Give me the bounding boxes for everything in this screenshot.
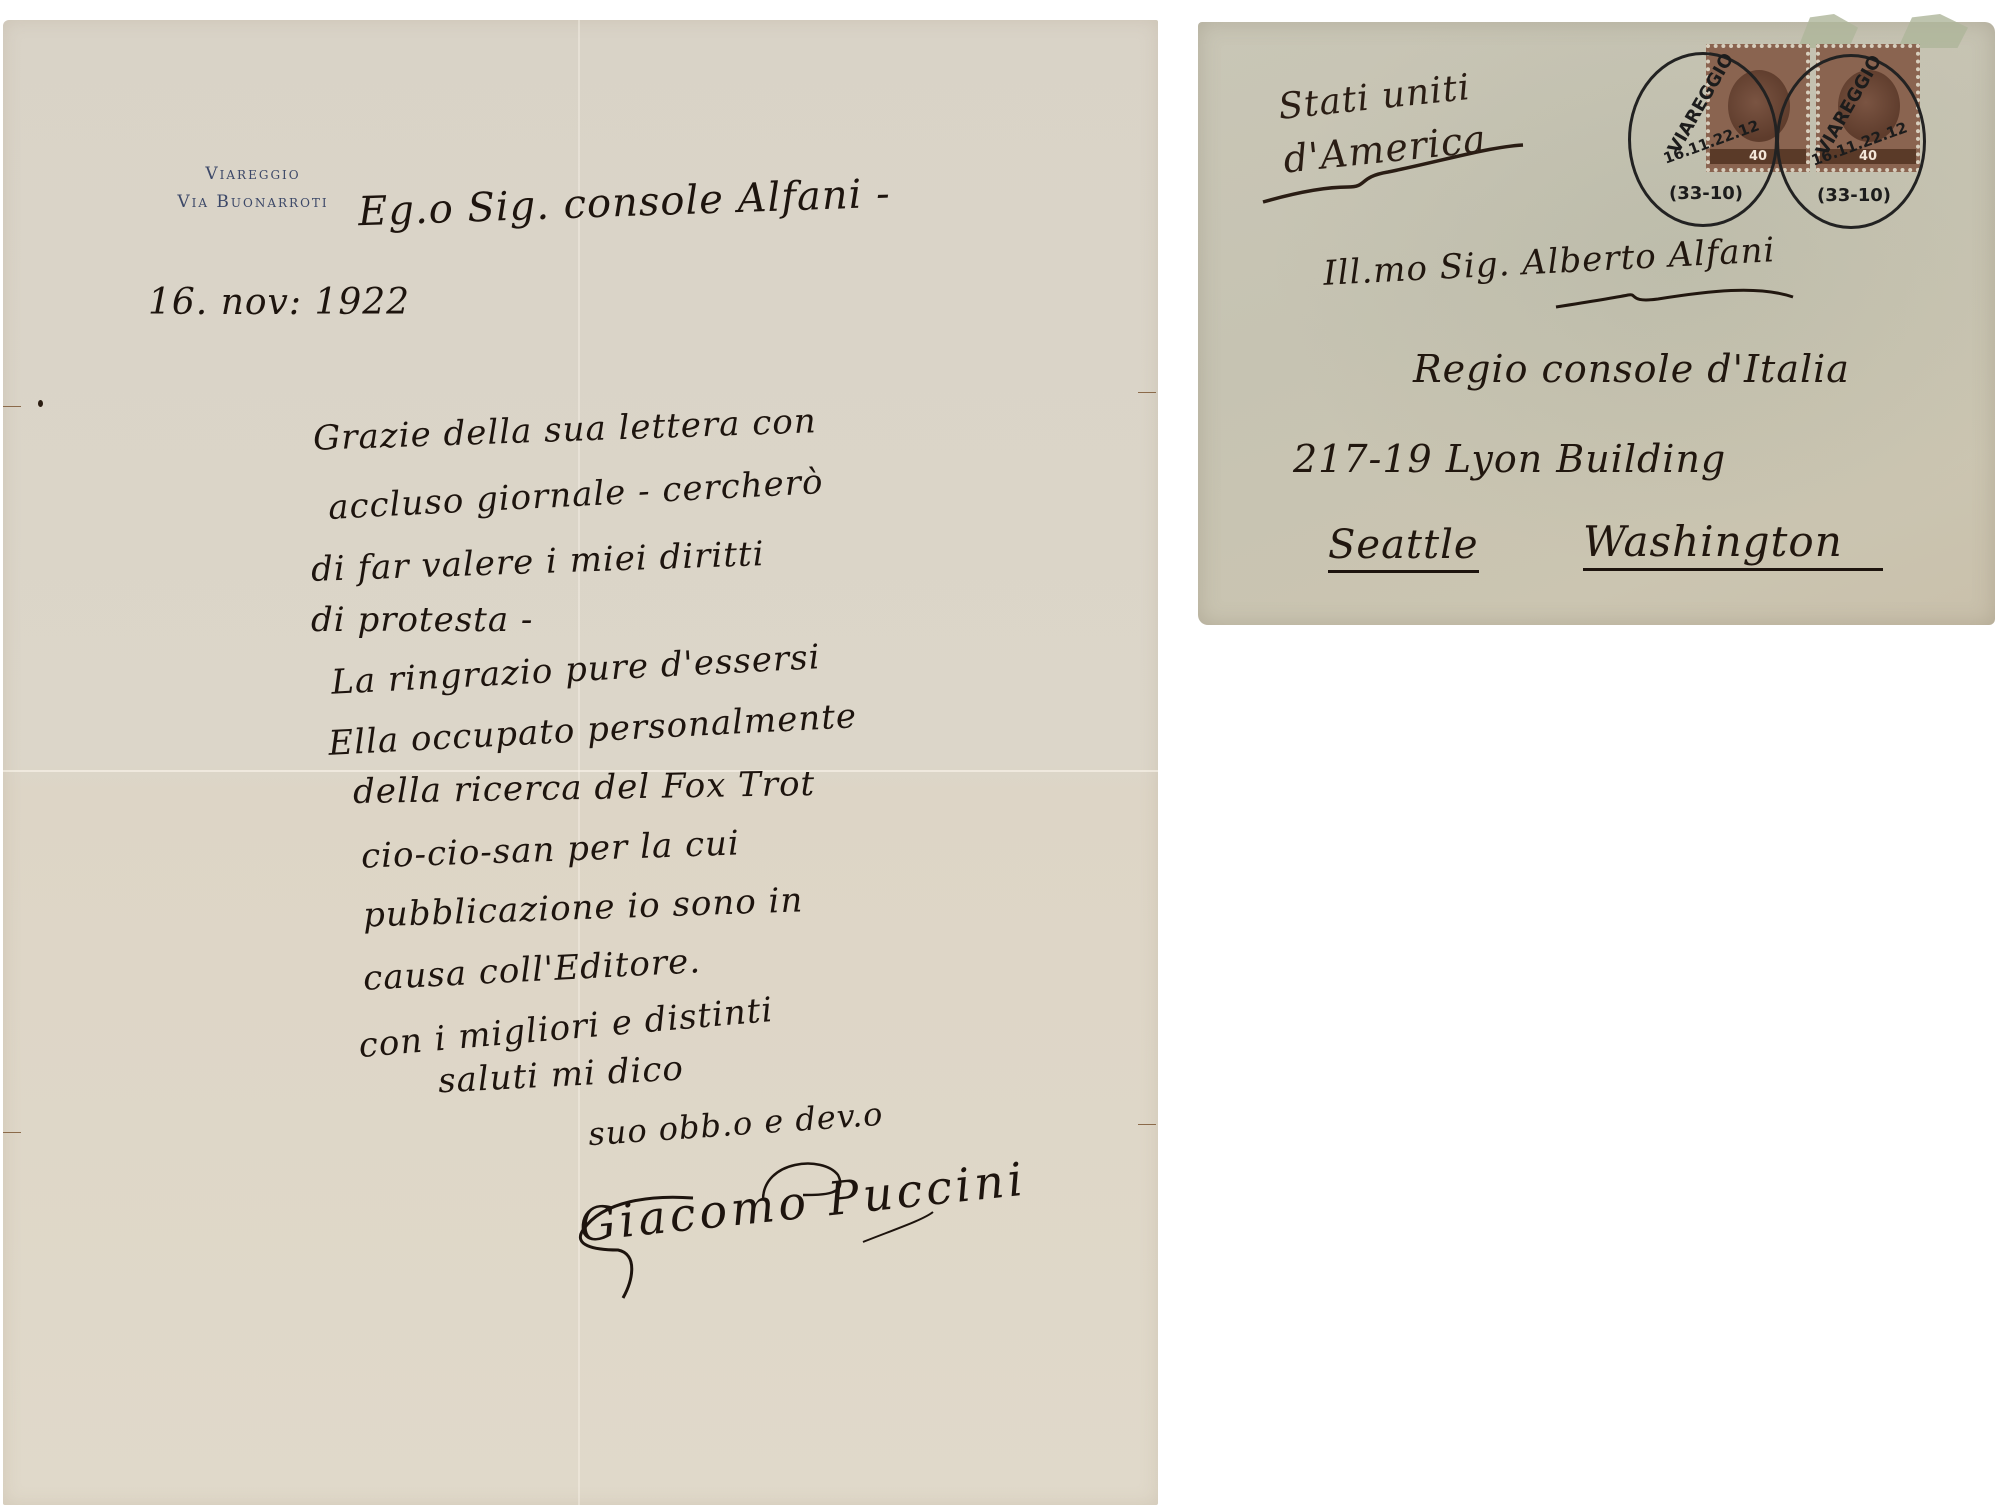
handwritten-letter: Viareggio Via Buonarroti Eg.o Sig. conso…	[3, 20, 1158, 1505]
edge-mark	[1138, 392, 1156, 393]
country-underline-flourish	[1258, 117, 1538, 217]
closing-line: suo obb.o e dev.o	[587, 1095, 884, 1154]
letterhead-city: Viareggio	[153, 160, 353, 188]
postmark: VIAREGGIO 16.11.22.12 (33-10)	[1628, 52, 1778, 227]
body-line: cio-cio-san per la cui	[360, 823, 740, 876]
ink-spot	[38, 400, 43, 407]
salutation: Eg.o Sig. console Alfani -	[357, 171, 891, 236]
envelope: Stati uniti d'America 40 40 VIAREGGIO 16…	[1198, 22, 1995, 625]
signature-flourish	[563, 1150, 1043, 1310]
edge-mark	[3, 1132, 21, 1133]
consul-title: Regio console d'Italia	[1413, 347, 1850, 391]
body-line: accluso giornale - cercherò	[327, 462, 824, 528]
letterhead: Viareggio Via Buonarroti	[153, 160, 353, 216]
torn-flap	[1898, 14, 1968, 48]
body-line: di protesta -	[311, 600, 533, 640]
body-line: saluti mi dico	[437, 1049, 685, 1102]
body-line: causa coll'Editore.	[362, 941, 702, 999]
street-address: 217-19 Lyon Building	[1293, 437, 1726, 481]
body-line: pubblicazione io sono in	[362, 880, 803, 935]
torn-flap	[1798, 14, 1858, 48]
postmark-code: (33-10)	[1817, 185, 1891, 206]
city: Seattle	[1328, 522, 1479, 573]
state: Washington	[1583, 517, 1883, 571]
postmark-code: (33-10)	[1669, 183, 1743, 204]
letter-date: 16. nov: 1922	[148, 282, 410, 323]
body-line: Ella occupato personalmente	[327, 696, 858, 764]
letterhead-street: Via Buonarroti	[153, 188, 353, 216]
body-line: di far valere i miei diritti	[310, 534, 765, 590]
postmark: VIAREGGIO 16.11.22.12 (33-10)	[1776, 54, 1926, 229]
body-line: della ricerca del Fox Trot	[353, 764, 816, 812]
body-line: Grazie della sua lettera con	[312, 401, 817, 459]
edge-mark	[1138, 1124, 1156, 1125]
edge-mark	[3, 406, 21, 407]
addressee-underline	[1548, 277, 1808, 317]
body-line: La ringrazio pure d'essersi	[330, 637, 821, 703]
